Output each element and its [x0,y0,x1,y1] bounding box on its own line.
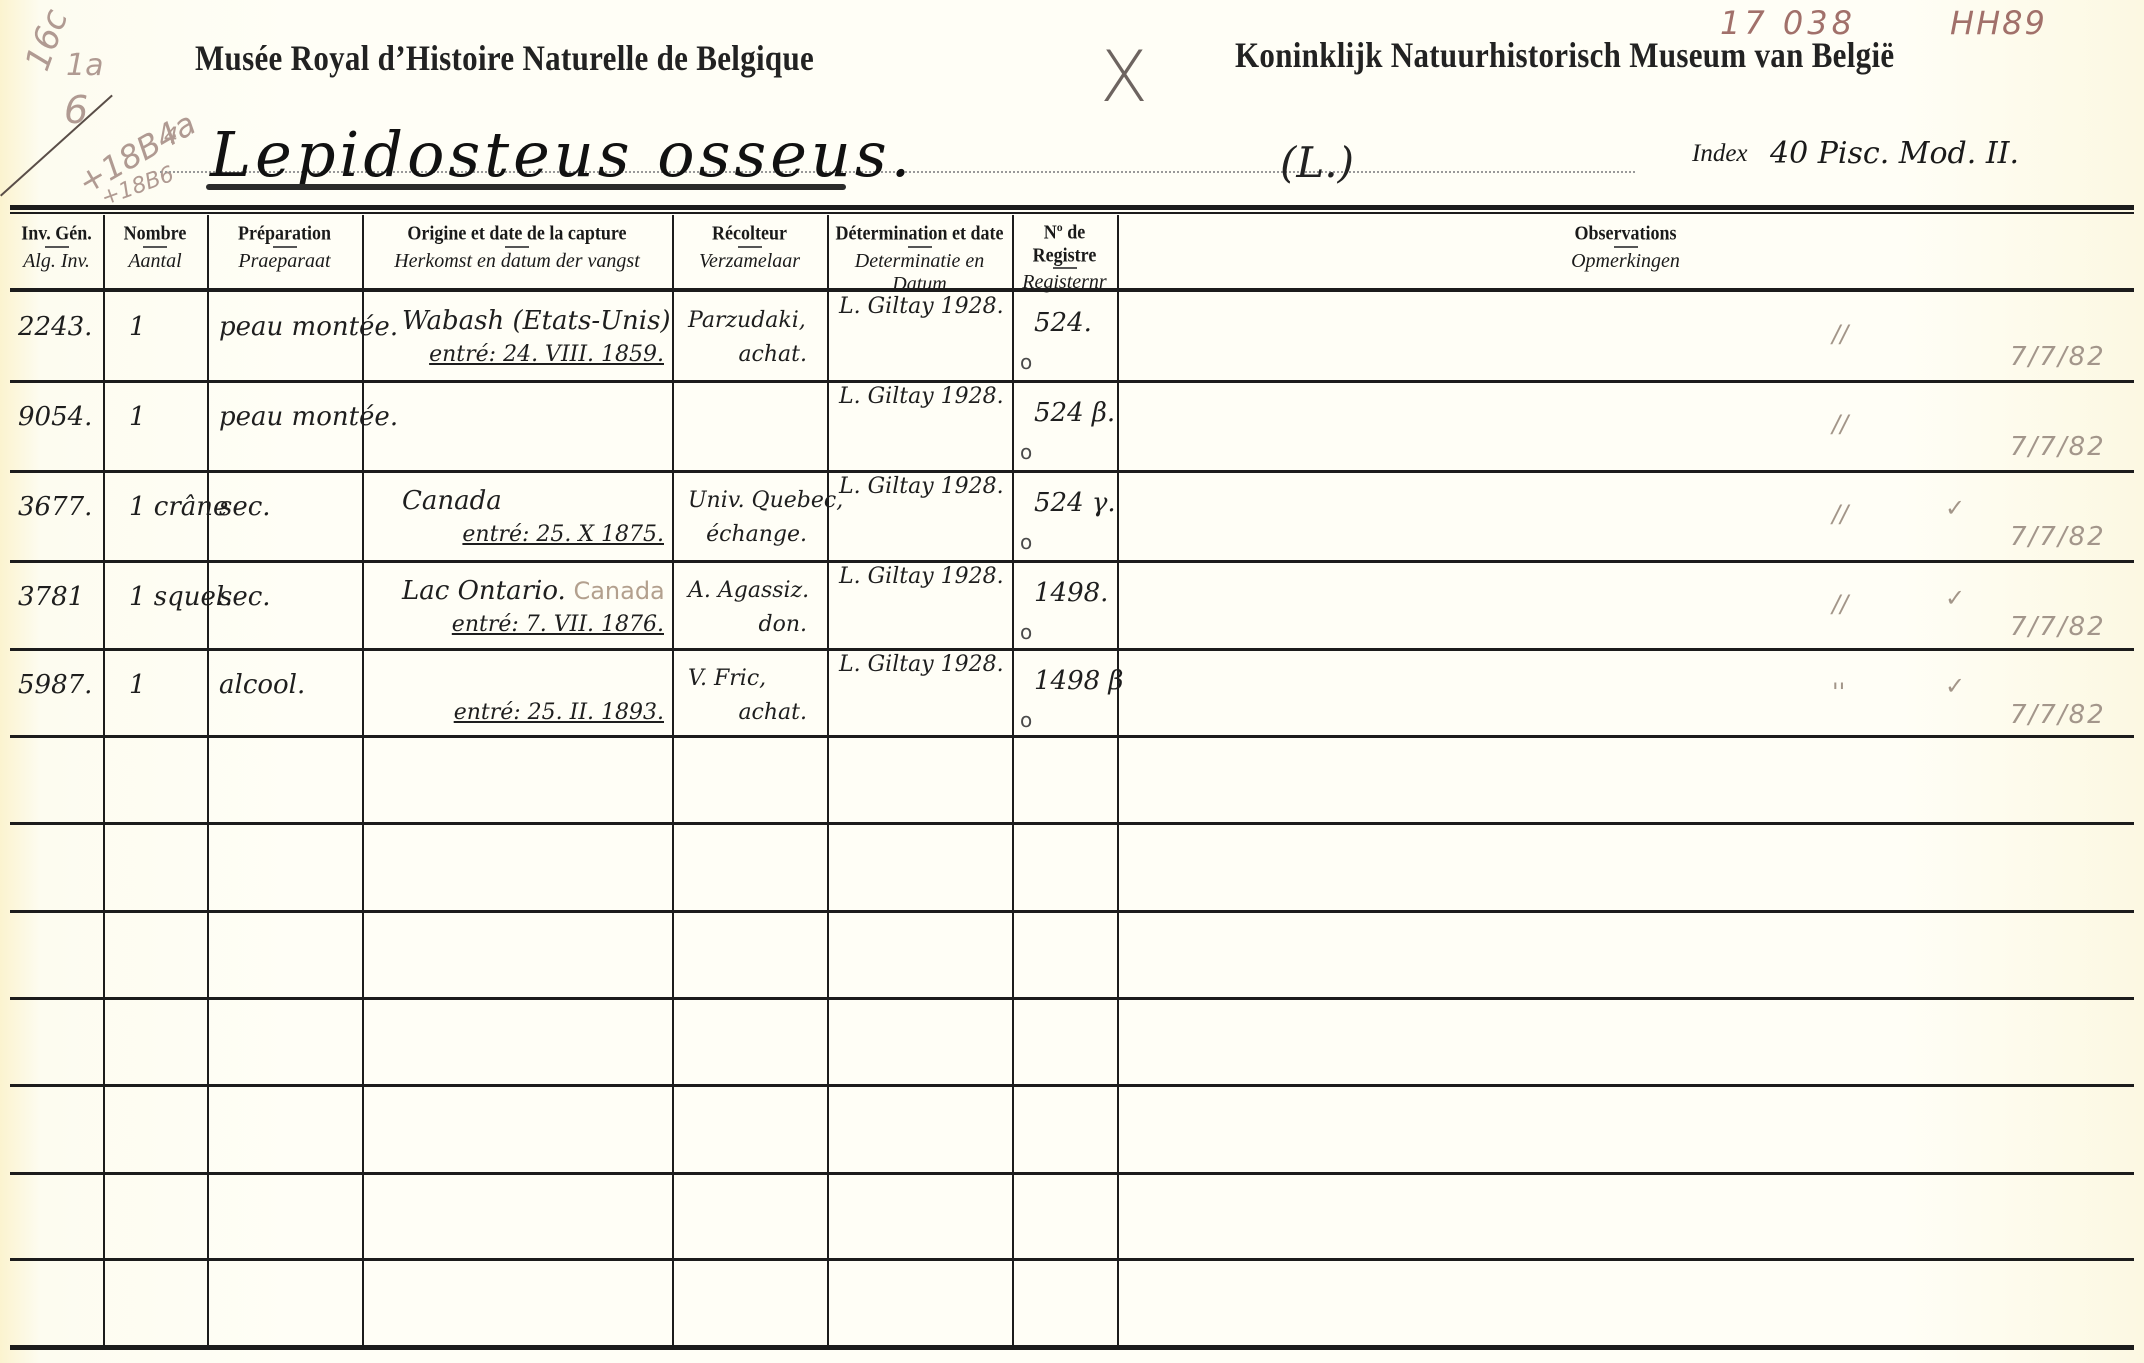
column-header: Inv. Gén.Alg. Inv. [10,223,103,273]
column-header-nl: Praeparaat [207,250,362,273]
header-dash [143,246,167,248]
column-header-fr: Observations [1117,222,2134,245]
column-header-fr: Détermination et date [827,222,1012,245]
observation-check: ✓ [1945,672,1965,700]
column-divider [103,215,105,1345]
margin-note: 1a [66,48,103,83]
header-dash [1614,246,1638,248]
observation-tick: '' [1832,678,1845,706]
column-header: Origine et date de la captureHerkomst en… [362,223,672,273]
row-divider [10,205,2134,210]
column-header: PréparationPraeparaat [207,223,362,273]
origin: Wabash (Etats-Unis) [402,306,671,336]
entry-date: entré: 25. II. 1893. [454,700,664,725]
inv-number: 2243. [18,312,92,342]
preparation: peau montée. [219,402,398,432]
entry-date: entré: 24. VIII. 1859. [429,342,664,367]
register-number: 1498 β [1034,666,1123,696]
margin-note: 4 [164,124,178,149]
column-divider [827,215,829,1345]
collector: A. Agassiz. [688,578,809,603]
origin-pencil-note: Canada [566,577,665,605]
preparation: alcool. [219,670,305,700]
register-mark: o [1020,440,1032,464]
collector: V. Fric, [688,666,766,691]
row-divider [10,648,2134,651]
row-divider [10,1172,2134,1175]
column-header-fr: Récolteur [672,222,827,245]
row-divider [10,997,2134,1000]
acquisition-type: don. [759,612,808,637]
column-header-fr: Inv. Gén. [10,222,103,245]
observation-tick: // [1832,500,1848,528]
column-header: ObservationsOpmerkingen [1117,223,2134,273]
observation-date: 7/7/82 [2010,522,2106,552]
column-header-nl: Herkomst en datum der vangst [362,250,672,273]
observation-tick: // [1832,410,1848,438]
catalog-code: HH89 [1950,4,2047,42]
register-mark: o [1020,530,1032,554]
determination: L. Giltay 1928. [839,474,1004,499]
inv-number: 3781 [18,582,84,612]
inv-number: 9054. [18,402,92,432]
register-number: 1498. [1034,578,1108,608]
column-header-fr: Nombre [103,222,207,245]
column-divider [1012,215,1014,1345]
origin: Canada [402,486,502,516]
column-divider [362,215,364,1345]
specimen-count: 1 [129,670,146,700]
row-divider [10,1345,2134,1350]
row-divider [10,1258,2134,1261]
register-number: 524 β. [1034,398,1115,428]
register-mark: o [1020,708,1032,732]
species-underline [206,184,846,190]
row-divider [10,212,2134,214]
inv-number: 3677. [18,492,92,522]
row-divider [10,735,2134,738]
index-value: 40 Pisc. Mod. II. [1770,136,2019,171]
header-dash [273,246,297,248]
origin: Lac Ontario. Canada [402,576,665,606]
specimen-count: 1 [129,312,146,342]
observation-check: ✓ [1945,494,1965,522]
column-header: NombreAantal [103,223,207,273]
institution-name-fr: Musée Royal d’Histoire Naturelle de Belg… [195,38,814,79]
column-header-nl: Verzamelaar [672,250,827,273]
column-header-nl: Registernr [1012,271,1117,294]
register-number: 524 γ. [1034,488,1116,518]
row-divider [10,910,2134,913]
species-author: (L.) [1280,138,1354,187]
observation-date: 7/7/82 [2010,700,2106,730]
observation-date: 7/7/82 [2010,342,2106,372]
row-divider [10,560,2134,563]
determination: L. Giltay 1928. [839,294,1004,319]
species-name: Lepidosteus osseus. [210,118,914,191]
specimen-count: 1 [129,402,146,432]
column-header: Détermination et dateDeterminatie en Dat… [827,223,1012,296]
header-dash [908,246,932,248]
row-divider [10,822,2134,825]
row-divider [10,380,2134,383]
column-header-fr: Nº de Registre [1012,221,1117,267]
register-mark: o [1020,620,1032,644]
header-dash [738,246,762,248]
column-header-nl: Determinatie en Datum [827,250,1012,296]
register-number: 524. [1034,308,1092,338]
header-dash [45,246,69,248]
column-divider [207,215,209,1345]
catalog-number: 17 038 [1720,4,1856,42]
cross-mark: X [1100,36,1148,118]
preparation: sec. [219,582,271,612]
inv-number: 5987. [18,670,92,700]
observation-check: ✓ [1945,584,1965,612]
row-divider [10,470,2134,473]
column-divider [672,215,674,1345]
register-mark: o [1020,350,1032,374]
collector: Univ. Quebec, [688,488,843,513]
determination: L. Giltay 1928. [839,564,1004,589]
preparation: peau montée. [219,312,398,342]
observation-tick: // [1832,320,1848,348]
determination: L. Giltay 1928. [839,384,1004,409]
entry-date: entré: 7. VII. 1876. [452,612,664,637]
specimen-count: 1 squel. [129,582,233,612]
entry-date: entré: 25. X 1875. [462,522,664,547]
header-dash [1053,267,1077,269]
column-header-nl: Opmerkingen [1117,250,2134,273]
column-header-nl: Alg. Inv. [10,250,103,273]
column-divider [1117,215,1119,1345]
observation-date: 7/7/82 [2010,432,2106,462]
preparation: sec. [219,492,271,522]
column-header: RécolteurVerzamelaar [672,223,827,273]
row-divider [10,1084,2134,1087]
header-dash [505,246,529,248]
column-header-nl: Aantal [103,250,207,273]
acquisition-type: achat. [738,342,807,367]
collector: Parzudaki, [688,308,806,333]
index-label: Index [1692,140,1748,168]
acquisition-type: achat. [738,700,807,725]
specimen-index-card: 16c 1a 6 +18B4a 4 +18B6 Musée Royal d’Hi… [0,0,2144,1363]
specimen-count: 1 crâne [129,492,228,522]
column-header-fr: Origine et date de la capture [362,222,672,245]
column-header-fr: Préparation [207,222,362,245]
observation-tick: // [1832,590,1848,618]
determination: L. Giltay 1928. [839,652,1004,677]
column-header: Nº de RegistreRegisternr [1012,223,1117,294]
acquisition-type: échange. [706,522,807,547]
observation-date: 7/7/82 [2010,612,2106,642]
